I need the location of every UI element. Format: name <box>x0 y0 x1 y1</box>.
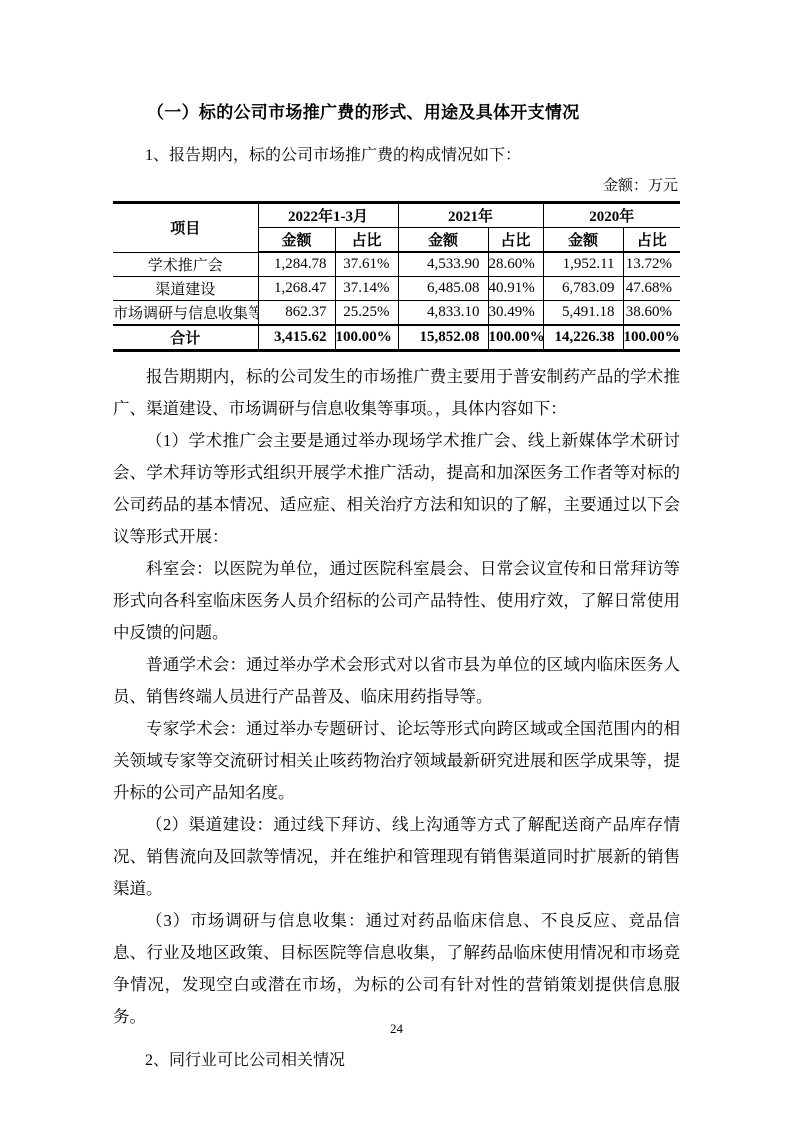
table-cell: 47.68% <box>623 277 680 301</box>
table-header-ratio: 占比 <box>623 228 680 253</box>
table-cell: 4,833.10 <box>398 301 488 326</box>
table-row: 学术推广会 1,284.78 37.61% 4,533.90 28.60% 1,… <box>113 252 680 277</box>
table-header-amount: 金额 <box>398 228 488 253</box>
table-cell: 100.00% <box>623 325 680 351</box>
table-header-amount: 金额 <box>258 228 335 253</box>
table-cell: 40.91% <box>488 277 543 301</box>
table-row-total: 合计 3,415.62 100.00% 15,852.08 100.00% 14… <box>113 325 680 351</box>
subheading: 2、同行业可比公司相关情况 <box>113 1050 680 1071</box>
table-header-2022: 2022年1-3月 <box>258 203 398 228</box>
row-item-label: 市场调研与信息收集等 <box>113 301 258 326</box>
table-cell: 3,415.62 <box>258 325 335 351</box>
unit-label: 金额：万元 <box>113 177 678 195</box>
paragraph: 专家学术会：通过举办专题研讨、论坛等形式向跨区域或全国范围内的相关领域专家等交流… <box>113 713 680 809</box>
promotion-fee-table: 项目 2022年1-3月 2021年 2020年 金额 占比 金额 占比 金额 … <box>113 201 680 352</box>
paragraph: （1）学术推广会主要是通过举办现场学术推广会、线上新媒体学术研讨会、学术拜访等形… <box>113 425 680 553</box>
paragraph: 科室会：以医院为单位，通过医院科室晨会、日常会议宣传和日常拜访等形式向各科室临床… <box>113 553 680 649</box>
table-header-row-years: 项目 2022年1-3月 2021年 2020年 <box>113 203 680 228</box>
table-cell: 6,783.09 <box>543 277 623 301</box>
table-row: 市场调研与信息收集等 862.37 25.25% 4,833.10 30.49%… <box>113 301 680 326</box>
table-cell: 15,852.08 <box>398 325 488 351</box>
table-cell: 5,491.18 <box>543 301 623 326</box>
table-cell: 30.49% <box>488 301 543 326</box>
table-cell: 13.72% <box>623 252 680 277</box>
table-cell: 100.00% <box>335 325 398 351</box>
page-number: 24 <box>0 1021 793 1037</box>
table-row: 渠道建设 1,268.47 37.14% 6,485.08 40.91% 6,7… <box>113 277 680 301</box>
table-header-2020: 2020年 <box>543 203 680 228</box>
table-cell: 37.61% <box>335 252 398 277</box>
row-item-label: 合计 <box>113 325 258 351</box>
table-cell: 862.37 <box>258 301 335 326</box>
table-cell: 1,268.47 <box>258 277 335 301</box>
table-cell: 25.25% <box>335 301 398 326</box>
paragraph: 报告期期内，标的公司发生的市场推广费主要用于普安制药产品的学术推广、渠道建设、市… <box>113 361 680 425</box>
table-header-ratio: 占比 <box>335 228 398 253</box>
table-cell: 1,952.11 <box>543 252 623 277</box>
table-cell: 28.60% <box>488 252 543 277</box>
row-item-label: 学术推广会 <box>113 252 258 277</box>
document-content: （一）标的公司市场推广费的形式、用途及具体开支情况 1、报告期内，标的公司市场推… <box>113 0 680 1071</box>
table-header-ratio: 占比 <box>488 228 543 253</box>
paragraph: （2）渠道建设：通过线下拜访、线上沟通等方式了解配送商产品库存情况、销售流向及回… <box>113 809 680 905</box>
section-heading: （一）标的公司市场推广费的形式、用途及具体开支情况 <box>113 102 680 124</box>
table-cell: 38.60% <box>623 301 680 326</box>
table-cell: 4,533.90 <box>398 252 488 277</box>
document-page: （一）标的公司市场推广费的形式、用途及具体开支情况 1、报告期内，标的公司市场推… <box>0 0 793 1122</box>
table-cell: 100.00% <box>488 325 543 351</box>
table-header-item: 项目 <box>113 203 258 253</box>
table-cell: 1,284.78 <box>258 252 335 277</box>
table-cell: 6,485.08 <box>398 277 488 301</box>
paragraph: 普通学术会：通过举办学术会形式对以省市县为单位的区域内临床医务人员、销售终端人员… <box>113 649 680 713</box>
table-header-2021: 2021年 <box>398 203 543 228</box>
table-cell: 14,226.38 <box>543 325 623 351</box>
intro-line: 1、报告期内，标的公司市场推广费的构成情况如下： <box>113 145 680 166</box>
row-item-label: 渠道建设 <box>113 277 258 301</box>
table-cell: 37.14% <box>335 277 398 301</box>
paragraph: （3）市场调研与信息收集：通过对药品临床信息、不良反应、竞品信息、行业及地区政策… <box>113 905 680 1033</box>
table-header-amount: 金额 <box>543 228 623 253</box>
